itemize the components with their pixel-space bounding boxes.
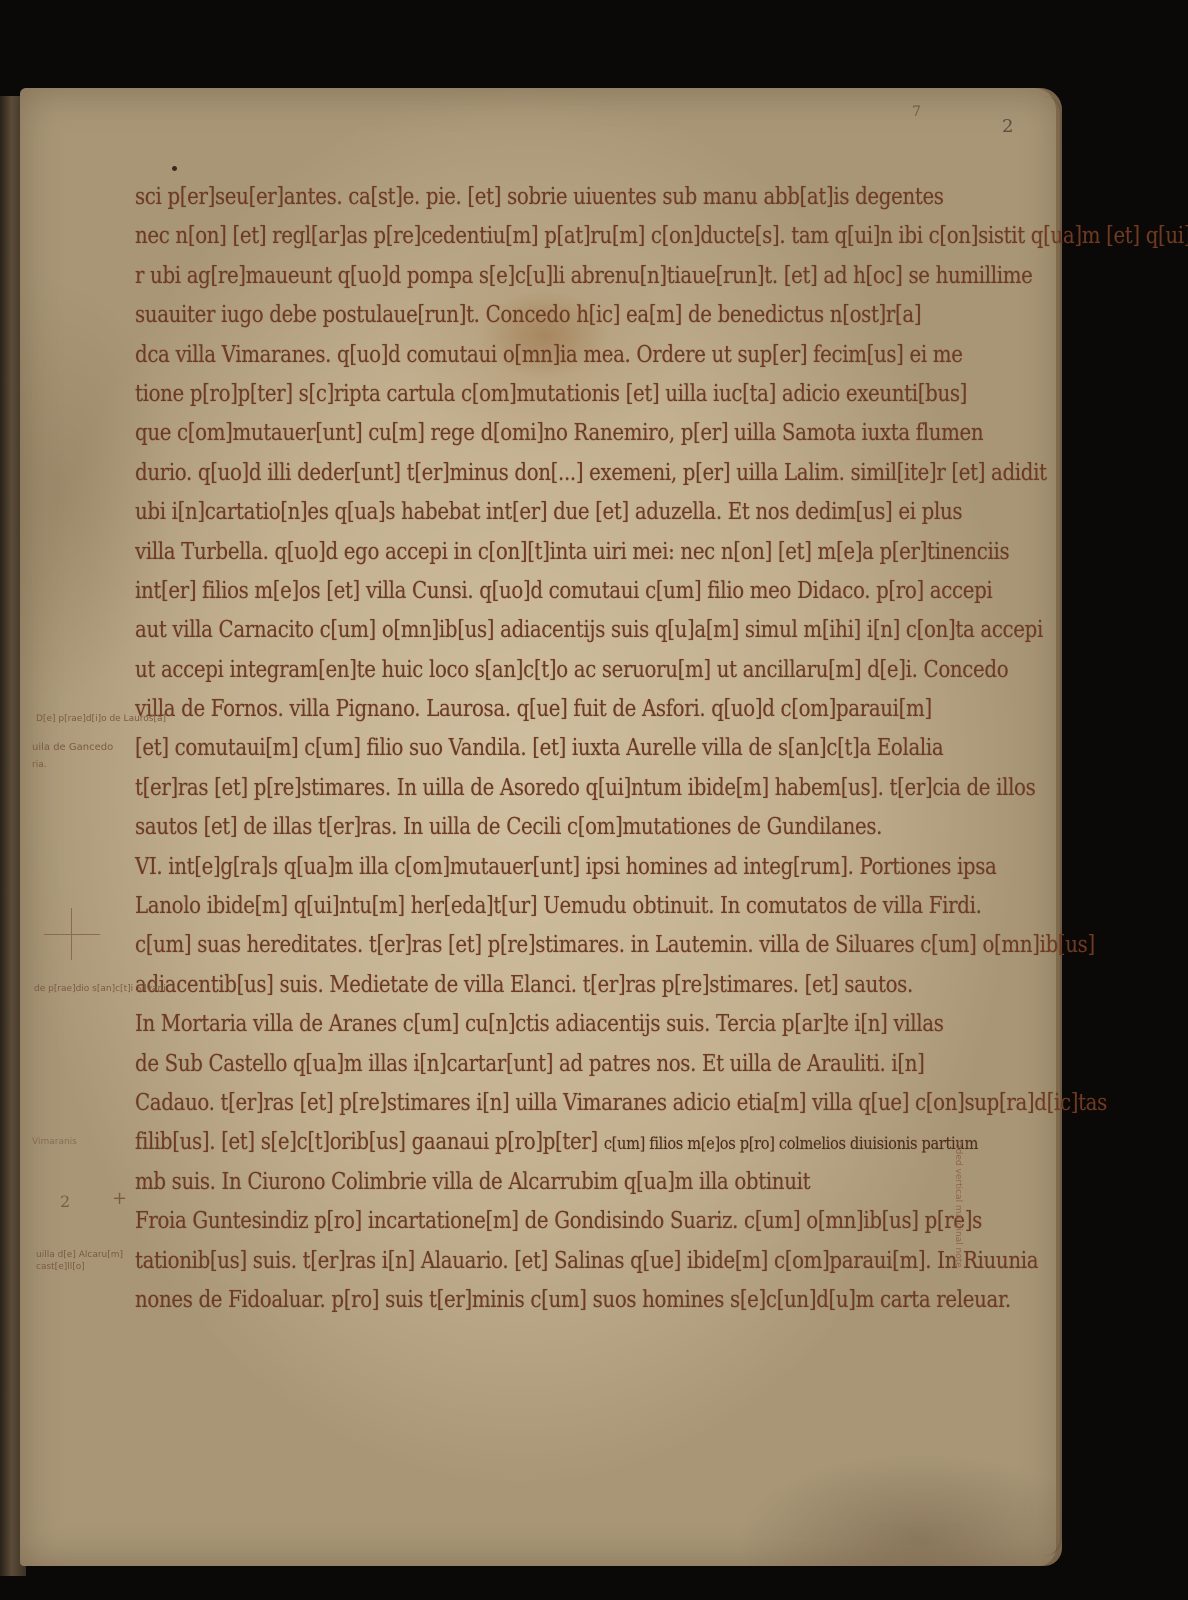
manuscript-viewer: 7 2 sci p[er]seu[er]antes. ca[st]e. pie.… <box>0 0 1188 1600</box>
text-line: tione p[ro]p[ter] s[c]ripta cartula c[om… <box>135 375 814 414</box>
folio-number: 2 <box>1002 116 1015 137</box>
text-line: villa Turbella. q[uo]d ego accepi in c[o… <box>135 533 814 572</box>
text-line: Lanolo ibide[m] q[ui]ntu[m] her[eda]t[ur… <box>135 887 814 926</box>
right-margin-vertical-note: faded vertical marginal note <box>918 1140 964 1370</box>
text-line: [et] comutaui[m] c[um] filio suo Vandila… <box>135 729 814 768</box>
text-line: sautos [et] de illas t[er]ras. In uilla … <box>135 808 814 847</box>
text-line: aut villa Carnacito c[um] o[mn]ib[us] ad… <box>135 611 814 650</box>
text-line: nec n[on] [et] regl[ar]as p[re]cedentiu[… <box>135 217 814 256</box>
text-line: ubi i[n]cartatio[n]es q[ua]s habebat int… <box>135 493 814 532</box>
text-line: int[er] filios m[e]os [et] villa Cunsi. … <box>135 572 814 611</box>
margin-note: Vimaranis <box>32 1137 77 1147</box>
text-line: r ubi ag[re]maueunt q[uo]d pompa s[e]c[u… <box>135 257 814 296</box>
text-line: sci p[er]seu[er]antes. ca[st]e. pie. [et… <box>135 178 814 217</box>
text-line: que c[om]mutauer[unt] cu[m] rege d[omi]n… <box>135 414 814 453</box>
text-line: suauiter iugo debe postulaue[run]t. Conc… <box>135 296 814 335</box>
main-text-block: sci p[er]seu[er]antes. ca[st]e. pie. [et… <box>135 178 925 1320</box>
margin-note: uila de Gancedo <box>32 742 113 753</box>
text-line: mb suis. In Ciurono Colimbrie villa de A… <box>135 1163 814 1202</box>
margin-plus-mark: + <box>112 1188 127 1209</box>
text-line: durio. q[uo]d illi deder[unt] t[er]minus… <box>135 454 814 493</box>
margin-note: D[e] p[rae]d[i]o de Lauros[a] <box>36 714 166 724</box>
text-line: Froia Guntesindiz p[ro] incartatione[m] … <box>135 1202 814 1241</box>
text-line: tationib[us] suis. t[er]ras i[n] Alauari… <box>135 1242 814 1281</box>
text-line-start: filib[us]. [et] s[e]c[t]orib[us] gaanaui… <box>135 1129 598 1155</box>
text-line: adiacentib[us] suis. Medietate de villa … <box>135 966 814 1005</box>
text-line: Cadauo. t[er]ras [et] p[re]stimares i[n]… <box>135 1084 814 1123</box>
margin-note: ria. <box>32 760 47 770</box>
text-line: de Sub Castello q[ua]m illas i[n]cartar[… <box>135 1045 814 1084</box>
page-edge <box>1040 96 1062 1556</box>
text-line: t[er]ras [et] p[re]stimares. In uilla de… <box>135 769 814 808</box>
text-line: nones de Fidoaluar. p[ro] suis t[er]mini… <box>135 1281 814 1320</box>
folio-mark-top: 7 <box>912 104 921 120</box>
text-line: villa de Fornos. villa Pignano. Laurosa.… <box>135 690 814 729</box>
ink-dot <box>172 166 177 171</box>
text-line: c[um] suas hereditates. t[er]ras [et] p[… <box>135 926 814 965</box>
text-line: ut accepi integram[en]te huic loco s[an]… <box>135 651 814 690</box>
margin-numeral: 2 <box>60 1192 70 1211</box>
margin-note: cast[e]ll[o] <box>36 1262 85 1272</box>
margin-note: de p[rae]dio s[an]c[t]i Silvani <box>34 984 166 994</box>
margin-cross-mark <box>44 922 100 966</box>
text-line: VI. int[e]g[ra]s q[ua]m illa c[om]mutaue… <box>135 848 814 887</box>
margin-note: uilla d[e] Alcaru[m] <box>36 1250 123 1260</box>
text-line: filib[us]. [et] s[e]c[t]orib[us] gaanaui… <box>135 1123 814 1162</box>
text-line: In Mortaria villa de Aranes c[um] cu[n]c… <box>135 1005 814 1044</box>
text-line: dca villa Vimaranes. q[uo]d comutaui o[m… <box>135 336 814 375</box>
